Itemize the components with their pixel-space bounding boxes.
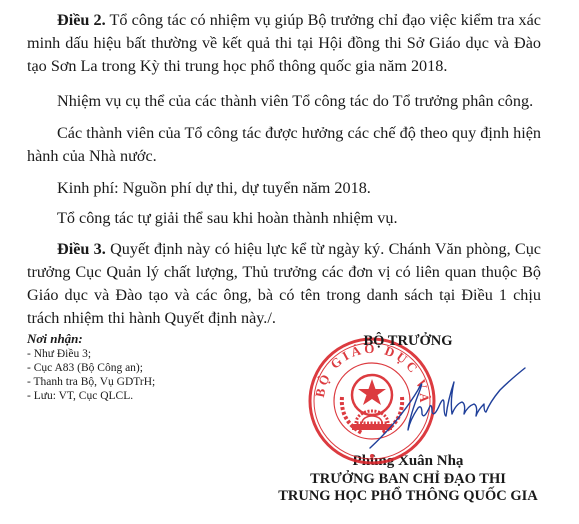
paragraph-benefits: Các thành viên của Tổ công tác được hưởn…	[27, 122, 541, 168]
recipient-item: - Lưu: VT, Cục QLCL.	[27, 389, 155, 403]
recipient-item: - Thanh tra Bộ, Vụ GDTrH;	[27, 375, 155, 389]
recipients-title: Nơi nhận:	[27, 331, 155, 347]
recipient-item: - Cục A83 (Bộ Công an);	[27, 361, 155, 375]
paragraph-duties: Nhiệm vụ cụ thể của các thành viên Tổ cô…	[27, 90, 541, 113]
article-2-label: Điều 2.	[57, 11, 106, 29]
article-2-paragraph: Điều 2. Tổ công tác có nhiệm vụ giúp Bộ …	[27, 9, 541, 78]
paragraph-funding: Kinh phí: Nguồn phí dự thi, dự tuyển năm…	[27, 177, 541, 200]
signature-icon	[360, 360, 530, 455]
recipients-block: Nơi nhận: - Như Điều 3; - Cục A83 (Bộ Cô…	[27, 331, 155, 403]
paragraph-dissolution: Tổ công tác tự giải thể sau khi hoàn thà…	[27, 207, 541, 230]
recipient-item: - Như Điều 3;	[27, 347, 155, 361]
signature-title: BỘ TRƯỞNG	[300, 333, 516, 350]
signer-role-line1: TRƯỞNG BAN CHỈ ĐẠO THI	[268, 471, 548, 489]
signer-role-line2: TRUNG HỌC PHỔ THÔNG QUỐC GIA	[268, 488, 548, 506]
article-3-paragraph: Điều 3. Quyết định này có hiệu lực kể từ…	[27, 238, 541, 330]
article-3-label: Điều 3.	[57, 240, 106, 258]
